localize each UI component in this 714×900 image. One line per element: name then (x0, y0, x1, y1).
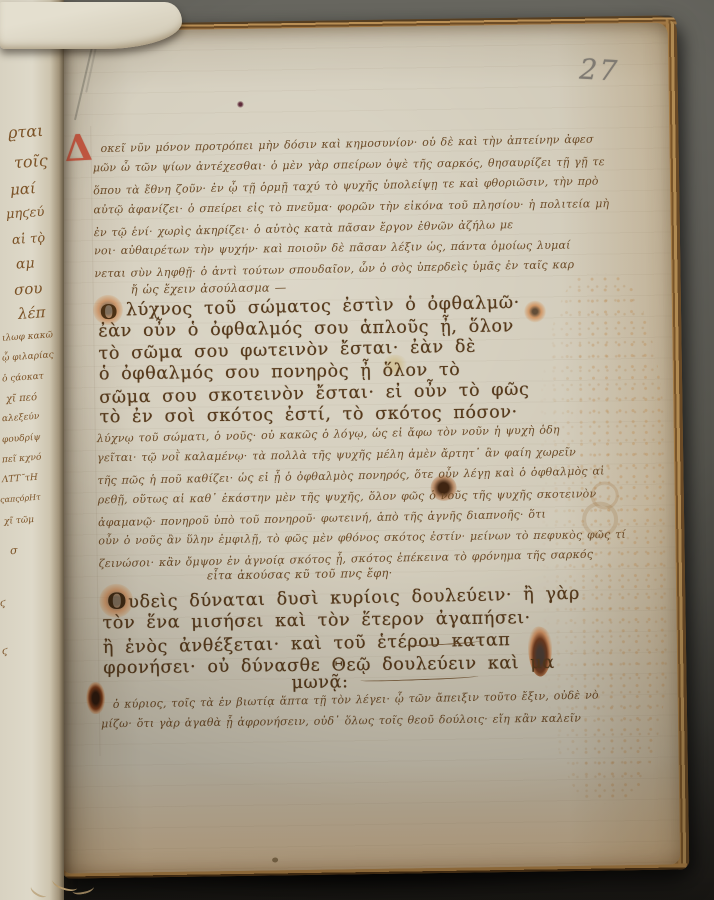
recto-leaf-edges: 27 Δ οκεῖ νῦν μόνον προτρόπει μὴν δόσιν … (49, 15, 690, 878)
verso-text-fragment: ΛΤΤ῀τΗ (2, 473, 38, 485)
manuscript-photo: 27 Δ οκεῖ νῦν μόνον προτρόπει μὴν δόσιν … (0, 0, 714, 900)
recto-parchment: 27 Δ οκεῖ νῦν μόνον προτρόπει μὴν δόσιν … (51, 23, 680, 874)
verso-text-fragment: αλεξεύν (2, 412, 40, 425)
commentary-1-closing-line: ἤ ὡς ἔχειν ἀσούλασμα — (131, 280, 287, 296)
verso-text-fragment: αμ (15, 255, 35, 272)
verso-text-fragment: χῖ τῶμ (4, 515, 35, 527)
verso-text-fragment: ϱται (7, 121, 44, 142)
verso-text-fragment: ϛ (0, 598, 6, 609)
verso-text-fragment: ϛ (2, 646, 8, 657)
ink-dot-stain (237, 101, 244, 108)
verso-text-fragment: ςαπςόρΗτ (0, 493, 41, 505)
gospel-lemma-1: λύχνος τοῦ σώματος ἐστὶν ὁ ὀφθαλμῶ· ἐὰν … (98, 294, 530, 430)
verso-text-fragment: ιλωφ κακῶ (2, 330, 54, 344)
verso-text-fragment: αἱ τϙ̀ (12, 231, 46, 248)
speck-stain (272, 857, 278, 862)
gospel-lemma-2: υδεὶς δύναται δυσὶ κυρίοις δουλεύειν· ἢ … (102, 584, 581, 680)
verso-text-fragment: σου (13, 279, 43, 299)
verso-text-fragment: χῖ πεό (6, 392, 38, 405)
verso-text-fragment: λέπ (17, 303, 46, 323)
verso-text-fragment: φουδρίψ (2, 433, 41, 446)
pencil-scratch (74, 38, 95, 120)
verso-text-fragment: ὁ ςάοκατ (2, 372, 44, 385)
verso-text-fragment: μηϛεύ (6, 205, 45, 223)
verso-text-fragment: τοῖς (13, 151, 48, 172)
verso-text-fragment: σ (10, 544, 18, 557)
verso-text-fragment: μαί (9, 179, 36, 199)
facing-page-sliver: ϱται τοῖς μαί μηϛεύ αἱ τϙ̀ αμ σου λέπ ιλ… (0, 0, 64, 900)
folio-number-pencil: 27 (579, 52, 620, 87)
commentary-paragraph-2: λύχνῳ τοῦ σώματι, ὁ νοῦς· οὐ κακῶς ὁ λόγ… (97, 420, 627, 574)
verso-text-fragment: ᾧ φιλαρίας (2, 350, 54, 364)
rubricated-initial: Δ (64, 131, 94, 166)
commentary-paragraph-3: ὁ κύριος, τοῖς τὰ ἐν βιωτίᾳ ἅπτα τῇ τὸν … (101, 687, 600, 736)
commentary-paragraph-1: οκεῖ νῦν μόνον προτρόπει μὴν δόσιν καὶ κ… (92, 130, 610, 284)
commentary-2-closing-line: εἶτα ἀκούσας κῦ τοῦ πνς ἔφη· (207, 566, 393, 583)
verso-text-fragment: πεῖ κχνό (2, 453, 42, 466)
curled-page-corner (0, 2, 182, 49)
